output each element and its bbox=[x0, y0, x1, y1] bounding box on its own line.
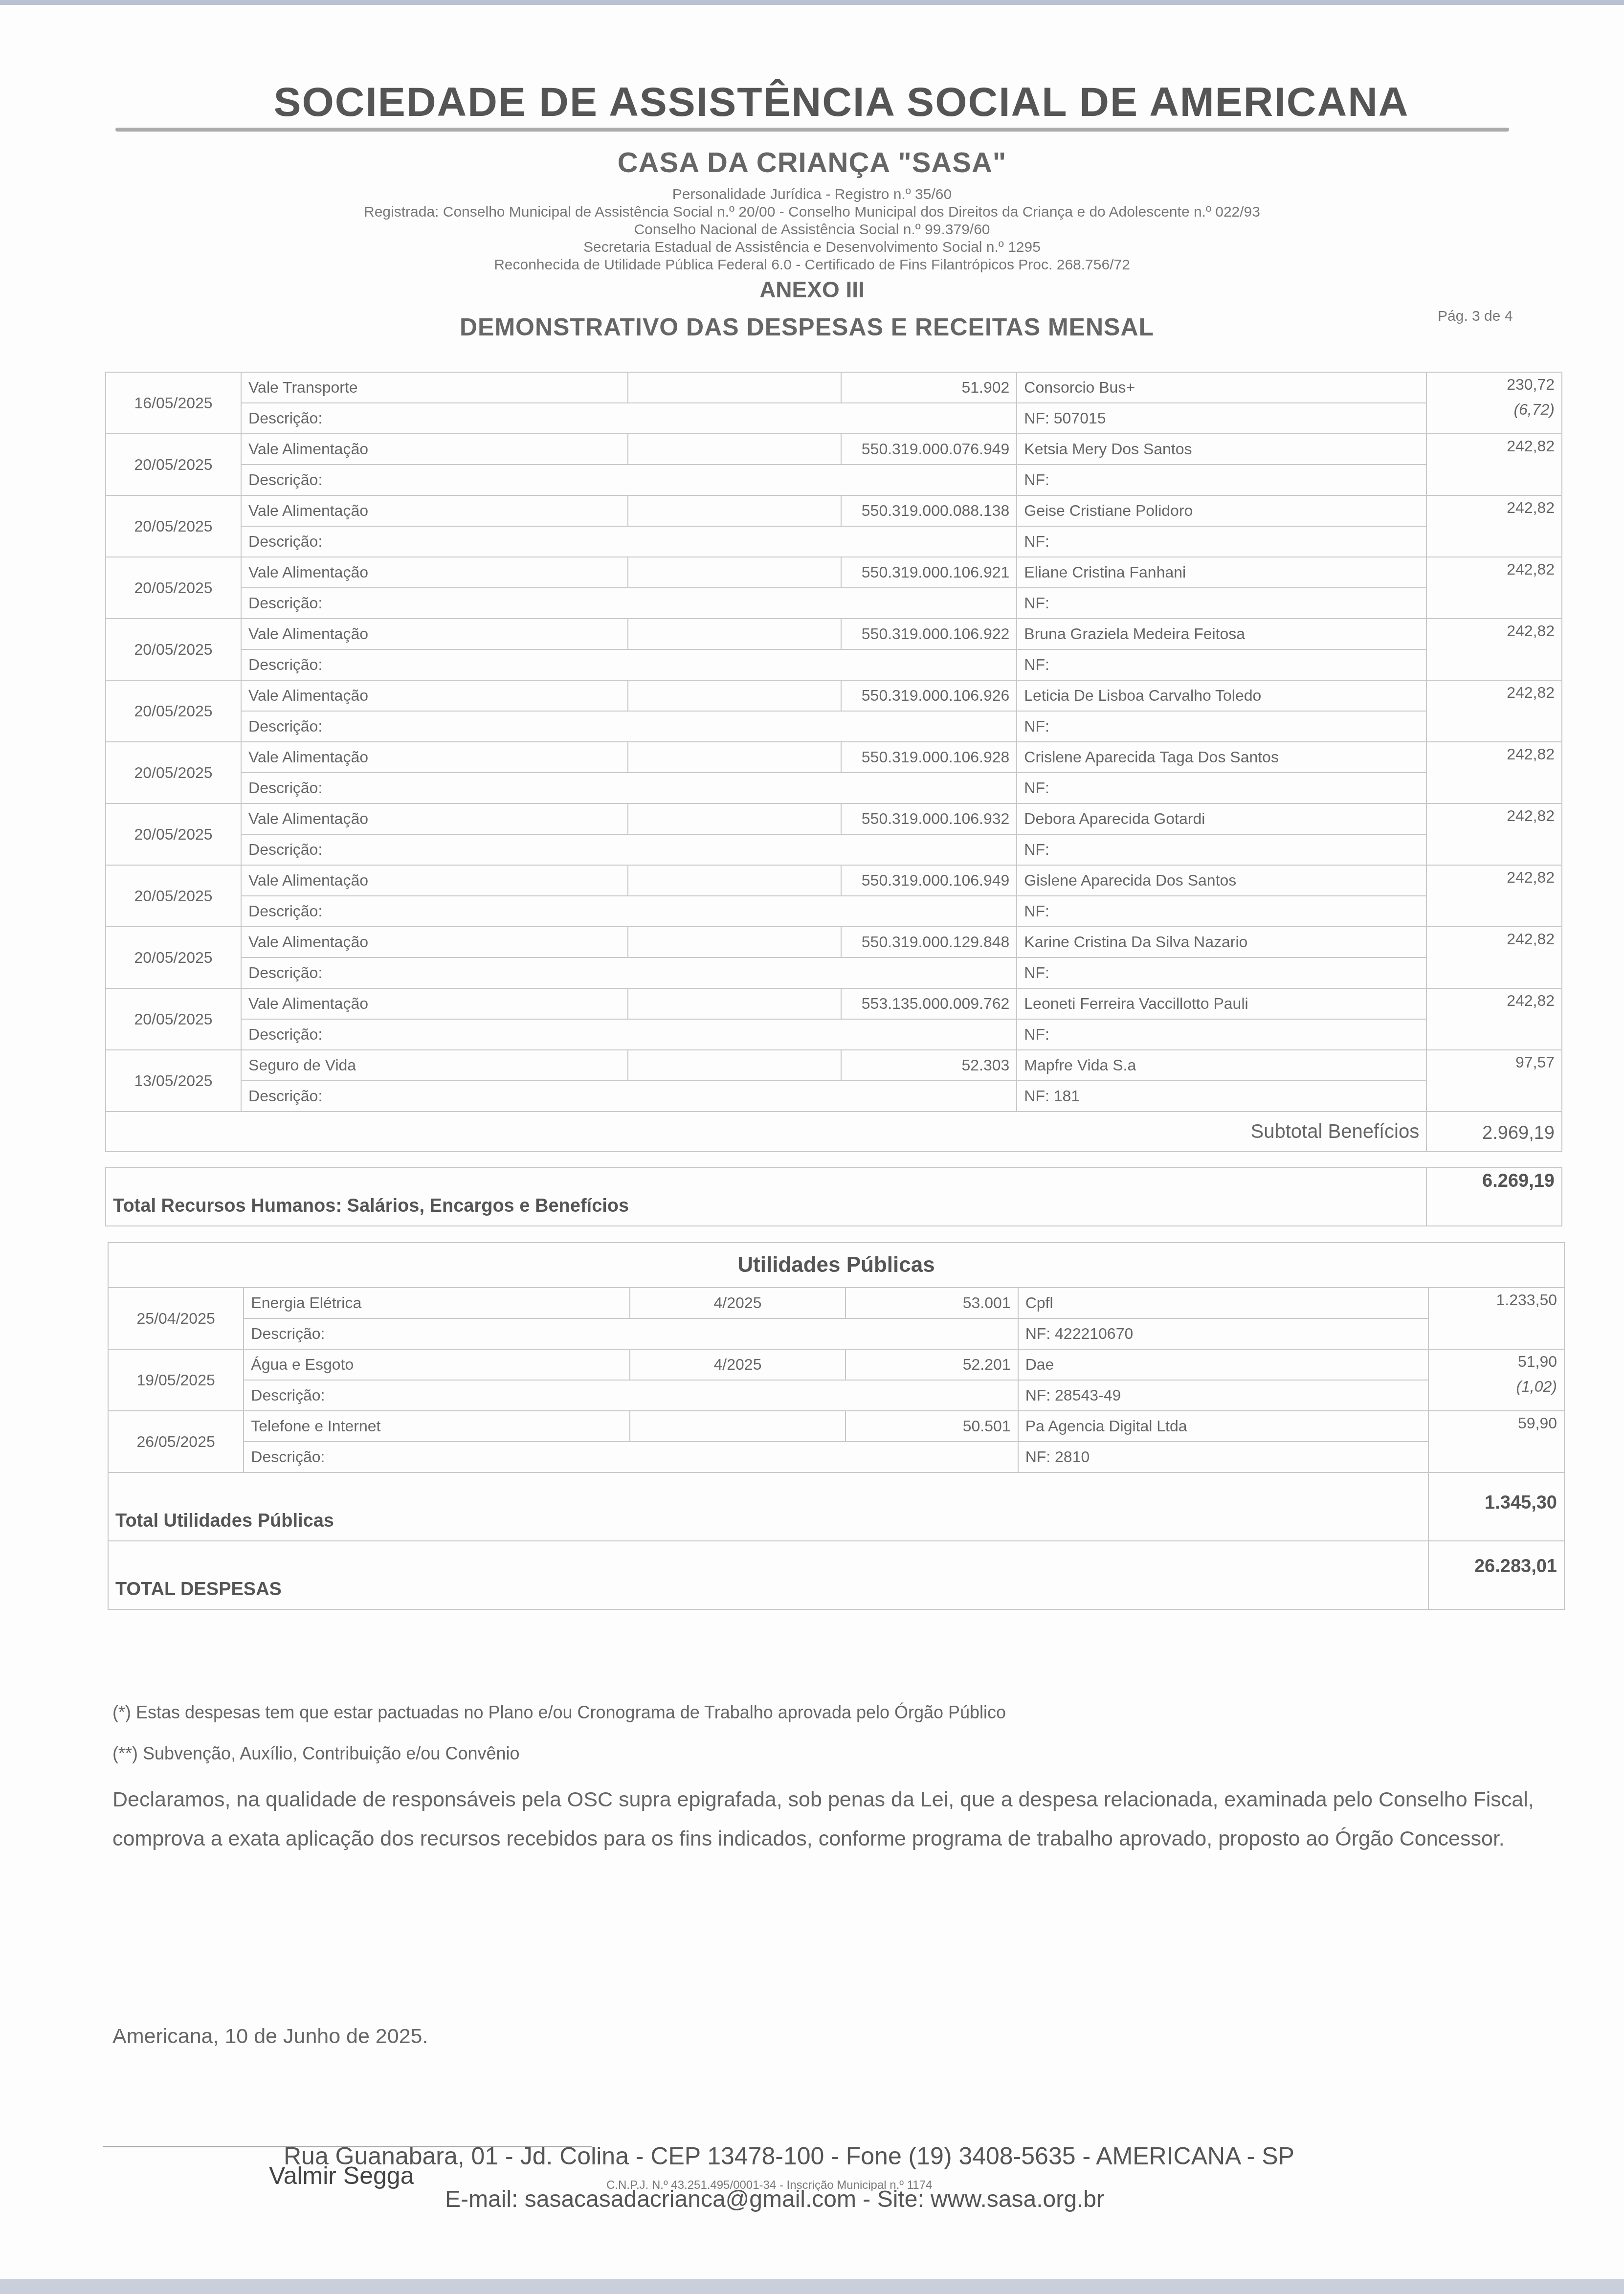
row-document-number: 52.201 bbox=[845, 1349, 1018, 1380]
table-row: 19/05/2025Água e Esgoto4/202552.201Dae51… bbox=[108, 1349, 1564, 1380]
organization-name: SOCIEDADE DE ASSISTÊNCIA SOCIAL DE AMERI… bbox=[0, 78, 1624, 126]
row-amount: 242,82 bbox=[1434, 560, 1555, 579]
spacer-row bbox=[106, 1152, 1562, 1167]
row-date: 16/05/2025 bbox=[106, 372, 241, 434]
table-row: 20/05/2025Vale Alimentação550.319.000.10… bbox=[106, 680, 1562, 711]
row-item: Vale Transporte bbox=[241, 372, 628, 403]
row-date: 13/05/2025 bbox=[106, 1050, 241, 1112]
row-item: Vale Alimentação bbox=[241, 988, 628, 1019]
row-value: 242,82 bbox=[1426, 927, 1562, 988]
utilities-total-row: Total Utilidades Públicas 1.345,30 bbox=[108, 1472, 1564, 1541]
table-row: 20/05/2025Vale Alimentação550.319.000.10… bbox=[106, 557, 1562, 588]
utilities-title: Utilidades Públicas bbox=[108, 1243, 1564, 1288]
row-date: 20/05/2025 bbox=[106, 803, 241, 865]
row-value: 242,82 bbox=[1426, 495, 1562, 557]
footnote: (**) Subvenção, Auxílio, Contribuição e/… bbox=[112, 1733, 1006, 1774]
utilities-total-value: 1.345,30 bbox=[1428, 1472, 1564, 1541]
table-row: 16/05/2025Vale Transporte51.902Consorcio… bbox=[106, 372, 1562, 403]
row-vendor: Crislene Aparecida Taga Dos Santos bbox=[1017, 742, 1426, 773]
row-document-number: 52.303 bbox=[841, 1050, 1017, 1081]
table-row-detail: Descrição:NF: bbox=[106, 588, 1562, 619]
row-date: 20/05/2025 bbox=[106, 680, 241, 742]
row-amount: 242,82 bbox=[1434, 622, 1555, 640]
row-competence bbox=[628, 557, 842, 588]
row-amount: 242,82 bbox=[1434, 437, 1555, 455]
row-competence bbox=[628, 434, 842, 465]
row-item: Vale Alimentação bbox=[241, 742, 628, 773]
row-competence bbox=[628, 927, 842, 958]
row-description-label: Descrição: bbox=[244, 1442, 1018, 1472]
row-date: 20/05/2025 bbox=[106, 495, 241, 557]
row-date: 20/05/2025 bbox=[106, 742, 241, 803]
table-row: 20/05/2025Vale Alimentação550.319.000.08… bbox=[106, 495, 1562, 526]
row-competence bbox=[628, 1050, 842, 1081]
row-invoice: NF: bbox=[1017, 773, 1426, 803]
row-amount: 59,90 bbox=[1436, 1414, 1557, 1432]
table-row: 20/05/2025Vale Alimentação550.319.000.10… bbox=[106, 865, 1562, 896]
row-invoice: NF: 422210670 bbox=[1018, 1318, 1429, 1349]
row-adjustment: (6,72) bbox=[1434, 401, 1555, 419]
row-document-number: 553.135.000.009.762 bbox=[841, 988, 1017, 1019]
table-row-detail: Descrição:NF: 507015 bbox=[106, 403, 1562, 434]
row-vendor: Karine Cristina Da Silva Nazario bbox=[1017, 927, 1426, 958]
row-item: Energia Elétrica bbox=[244, 1288, 630, 1318]
benefits-table: 16/05/2025Vale Transporte51.902Consorcio… bbox=[105, 372, 1562, 1226]
row-item: Vale Alimentação bbox=[241, 434, 628, 465]
table-row-detail: Descrição:NF: 181 bbox=[106, 1081, 1562, 1112]
row-vendor: Ketsia Mery Dos Santos bbox=[1017, 434, 1426, 465]
row-value: 242,82 bbox=[1426, 865, 1562, 927]
row-value: 242,82 bbox=[1426, 557, 1562, 619]
row-document-number: 550.319.000.106.928 bbox=[841, 742, 1017, 773]
row-competence bbox=[628, 803, 842, 834]
place-date: Americana, 10 de Junho de 2025. bbox=[112, 2025, 428, 2049]
row-amount: 242,82 bbox=[1434, 499, 1555, 517]
row-invoice: NF: bbox=[1017, 896, 1426, 927]
scan-edge bbox=[0, 2279, 1624, 2294]
table-row: 20/05/2025Vale Alimentação550.319.000.07… bbox=[106, 434, 1562, 465]
title-underline bbox=[115, 128, 1509, 132]
row-amount: 242,82 bbox=[1434, 807, 1555, 825]
table-row-detail: Descrição:NF: bbox=[106, 773, 1562, 803]
row-vendor: Leticia De Lisboa Carvalho Toledo bbox=[1017, 680, 1426, 711]
row-item: Vale Alimentação bbox=[241, 495, 628, 526]
row-item: Vale Alimentação bbox=[241, 927, 628, 958]
row-invoice: NF: bbox=[1017, 588, 1426, 619]
row-invoice: NF: 507015 bbox=[1017, 403, 1426, 434]
row-description-label: Descrição: bbox=[241, 526, 1017, 557]
row-invoice: NF: bbox=[1017, 834, 1426, 865]
table-row: 26/05/2025Telefone e Internet50.501Pa Ag… bbox=[108, 1411, 1564, 1442]
table-row-detail: Descrição:NF: bbox=[106, 465, 1562, 495]
row-value: 242,82 bbox=[1426, 680, 1562, 742]
row-invoice: NF: bbox=[1017, 958, 1426, 988]
utilities-table: Utilidades Públicas 25/04/2025Energia El… bbox=[108, 1242, 1565, 1610]
scan-edge bbox=[0, 0, 1624, 5]
table-row-detail: Descrição:NF: 2810 bbox=[108, 1442, 1564, 1472]
registration-line: Secretaria Estadual de Assistência e Des… bbox=[0, 239, 1624, 256]
row-competence: 4/2025 bbox=[630, 1288, 845, 1318]
row-document-number: 53.001 bbox=[845, 1288, 1018, 1318]
row-document-number: 550.319.000.106.926 bbox=[841, 680, 1017, 711]
row-value: 242,82 bbox=[1426, 742, 1562, 803]
table-row: 13/05/2025Seguro de Vida52.303Mapfre Vid… bbox=[106, 1050, 1562, 1081]
row-amount: 1.233,50 bbox=[1436, 1291, 1557, 1309]
row-competence bbox=[628, 680, 842, 711]
row-item: Vale Alimentação bbox=[241, 803, 628, 834]
utilities-header-row: Utilidades Públicas bbox=[108, 1243, 1564, 1288]
row-item: Vale Alimentação bbox=[241, 557, 628, 588]
subtotal-row: Subtotal Benefícios 2.969,19 bbox=[106, 1112, 1562, 1152]
table-row-detail: Descrição:NF: bbox=[106, 711, 1562, 742]
row-item: Vale Alimentação bbox=[241, 680, 628, 711]
row-amount: 242,82 bbox=[1434, 745, 1555, 763]
row-vendor: Mapfre Vida S.a bbox=[1017, 1050, 1426, 1081]
row-description-label: Descrição: bbox=[241, 773, 1017, 803]
grand-total-value: 26.283,01 bbox=[1428, 1541, 1564, 1609]
row-date: 19/05/2025 bbox=[108, 1349, 244, 1411]
row-amount: 242,82 bbox=[1434, 992, 1555, 1010]
row-value: 97,57 bbox=[1426, 1050, 1562, 1112]
table-row-detail: Descrição:NF: 422210670 bbox=[108, 1318, 1564, 1349]
row-description-label: Descrição: bbox=[241, 896, 1017, 927]
row-invoice: NF: 28543-49 bbox=[1018, 1380, 1429, 1411]
row-document-number: 550.319.000.076.949 bbox=[841, 434, 1017, 465]
row-item: Vale Alimentação bbox=[241, 619, 628, 649]
row-value: 59,90 bbox=[1428, 1411, 1564, 1472]
registration-line: Conselho Nacional de Assistência Social … bbox=[0, 221, 1624, 239]
row-competence bbox=[628, 865, 842, 896]
letterhead: SOCIEDADE DE ASSISTÊNCIA SOCIAL DE AMERI… bbox=[0, 78, 1624, 274]
row-description-label: Descrição: bbox=[241, 834, 1017, 865]
hr-total-value: 6.269,19 bbox=[1426, 1167, 1562, 1226]
row-vendor: Geise Cristiane Polidoro bbox=[1017, 495, 1426, 526]
footnote: (*) Estas despesas tem que estar pactuad… bbox=[112, 1692, 1006, 1733]
row-vendor: Dae bbox=[1018, 1349, 1429, 1380]
row-date: 20/05/2025 bbox=[106, 988, 241, 1050]
row-vendor: Bruna Graziela Medeira Feitosa bbox=[1017, 619, 1426, 649]
row-document-number: 550.319.000.106.932 bbox=[841, 803, 1017, 834]
row-description-label: Descrição: bbox=[241, 649, 1017, 680]
row-item: Água e Esgoto bbox=[244, 1349, 630, 1380]
footer-address: Rua Guanabara, 01 - Jd. Colina - CEP 134… bbox=[284, 2142, 1294, 2170]
footnotes: (*) Estas despesas tem que estar pactuad… bbox=[112, 1692, 1006, 1774]
row-competence bbox=[628, 619, 842, 649]
row-vendor: Cpfl bbox=[1018, 1288, 1429, 1318]
table-row-detail: Descrição:NF: bbox=[106, 1019, 1562, 1050]
row-document-number: 50.501 bbox=[845, 1411, 1018, 1442]
table-row: 25/04/2025Energia Elétrica4/202553.001Cp… bbox=[108, 1288, 1564, 1318]
row-description-label: Descrição: bbox=[244, 1380, 1018, 1411]
row-amount: 242,82 bbox=[1434, 930, 1555, 948]
grand-total-label: TOTAL DESPESAS bbox=[108, 1541, 1428, 1609]
row-description-label: Descrição: bbox=[241, 1081, 1017, 1112]
row-vendor: Leoneti Ferreira Vaccillotto Pauli bbox=[1017, 988, 1426, 1019]
row-amount: 242,82 bbox=[1434, 869, 1555, 887]
page-number: Pág. 3 de 4 bbox=[1438, 308, 1513, 325]
row-competence bbox=[628, 742, 842, 773]
row-invoice: NF: bbox=[1017, 465, 1426, 495]
row-document-number: 550.319.000.106.949 bbox=[841, 865, 1017, 896]
row-document-number: 550.319.000.129.848 bbox=[841, 927, 1017, 958]
row-competence bbox=[628, 372, 842, 403]
table-row-detail: Descrição:NF: bbox=[106, 834, 1562, 865]
row-description-label: Descrição: bbox=[241, 1019, 1017, 1050]
row-invoice: NF: bbox=[1017, 649, 1426, 680]
annex-label: ANEXO III bbox=[0, 276, 1624, 303]
row-date: 25/04/2025 bbox=[108, 1288, 244, 1349]
row-date: 20/05/2025 bbox=[106, 927, 241, 988]
row-value: 230,72(6,72) bbox=[1426, 372, 1562, 434]
row-item: Telefone e Internet bbox=[244, 1411, 630, 1442]
row-vendor: Gislene Aparecida Dos Santos bbox=[1017, 865, 1426, 896]
row-document-number: 550.319.000.088.138 bbox=[841, 495, 1017, 526]
row-amount: 97,57 bbox=[1434, 1053, 1555, 1071]
row-date: 20/05/2025 bbox=[106, 434, 241, 495]
table-row-detail: Descrição:NF: bbox=[106, 526, 1562, 557]
table-row: 20/05/2025Vale Alimentação553.135.000.00… bbox=[106, 988, 1562, 1019]
registration-line: Registrada: Conselho Municipal de Assist… bbox=[0, 203, 1624, 221]
subtotal-value: 2.969,19 bbox=[1426, 1112, 1562, 1152]
row-document-number: 51.902 bbox=[841, 372, 1017, 403]
row-invoice: NF: 181 bbox=[1017, 1081, 1426, 1112]
row-invoice: NF: bbox=[1017, 526, 1426, 557]
row-competence bbox=[628, 988, 842, 1019]
row-amount: 230,72 bbox=[1434, 376, 1555, 394]
table-row: 20/05/2025Vale Alimentação550.319.000.10… bbox=[106, 803, 1562, 834]
row-description-label: Descrição: bbox=[244, 1318, 1018, 1349]
row-competence: 4/2025 bbox=[630, 1349, 845, 1380]
row-document-number: 550.319.000.106.922 bbox=[841, 619, 1017, 649]
table-row-detail: Descrição:NF: bbox=[106, 958, 1562, 988]
document-page: SOCIEDADE DE ASSISTÊNCIA SOCIAL DE AMERI… bbox=[0, 0, 1624, 2294]
row-description-label: Descrição: bbox=[241, 588, 1017, 619]
row-invoice: NF: bbox=[1017, 1019, 1426, 1050]
row-description-label: Descrição: bbox=[241, 711, 1017, 742]
table-row-detail: Descrição:NF: 28543-49 bbox=[108, 1380, 1564, 1411]
row-document-number: 550.319.000.106.921 bbox=[841, 557, 1017, 588]
row-competence bbox=[630, 1411, 845, 1442]
row-description-label: Descrição: bbox=[241, 465, 1017, 495]
row-adjustment: (1,02) bbox=[1436, 1378, 1557, 1396]
row-invoice: NF: bbox=[1017, 711, 1426, 742]
row-amount: 51,90 bbox=[1436, 1353, 1557, 1371]
registration-lines: Personalidade Jurídica - Registro n.º 35… bbox=[0, 186, 1624, 274]
row-vendor: Pa Agencia Digital Ltda bbox=[1018, 1411, 1429, 1442]
row-vendor: Consorcio Bus+ bbox=[1017, 372, 1426, 403]
table-row: 20/05/2025Vale Alimentação550.319.000.10… bbox=[106, 619, 1562, 649]
row-invoice: NF: 2810 bbox=[1018, 1442, 1429, 1472]
row-description-label: Descrição: bbox=[241, 958, 1017, 988]
registration-line: Reconhecida de Utilidade Pública Federal… bbox=[0, 256, 1624, 274]
declaration-paragraph: Declaramos, na qualidade de responsáveis… bbox=[112, 1780, 1570, 1858]
row-vendor: Debora Aparecida Gotardi bbox=[1017, 803, 1426, 834]
row-date: 20/05/2025 bbox=[106, 619, 241, 680]
row-date: 20/05/2025 bbox=[106, 865, 241, 927]
row-item: Vale Alimentação bbox=[241, 865, 628, 896]
row-value: 242,82 bbox=[1426, 434, 1562, 495]
table-row: 20/05/2025Vale Alimentação550.319.000.12… bbox=[106, 927, 1562, 958]
row-amount: 242,82 bbox=[1434, 684, 1555, 702]
row-value: 242,82 bbox=[1426, 988, 1562, 1050]
row-item: Seguro de Vida bbox=[241, 1050, 628, 1081]
row-value: 51,90(1,02) bbox=[1428, 1349, 1564, 1411]
hr-total-label: Total Recursos Humanos: Salários, Encarg… bbox=[106, 1167, 1426, 1226]
table-row: 20/05/2025Vale Alimentação550.319.000.10… bbox=[106, 742, 1562, 773]
row-value: 242,82 bbox=[1426, 619, 1562, 680]
row-description-label: Descrição: bbox=[241, 403, 1017, 434]
registration-line: Personalidade Jurídica - Registro n.º 35… bbox=[0, 186, 1624, 203]
subtotal-label: Subtotal Benefícios bbox=[106, 1112, 1426, 1152]
table-row-detail: Descrição:NF: bbox=[106, 896, 1562, 927]
grand-total-row: TOTAL DESPESAS 26.283,01 bbox=[108, 1541, 1564, 1609]
row-date: 26/05/2025 bbox=[108, 1411, 244, 1472]
row-vendor: Eliane Cristina Fanhani bbox=[1017, 557, 1426, 588]
hr-total-row: Total Recursos Humanos: Salários, Encarg… bbox=[106, 1167, 1562, 1226]
row-value: 1.233,50 bbox=[1428, 1288, 1564, 1349]
row-value: 242,82 bbox=[1426, 803, 1562, 865]
table-row-detail: Descrição:NF: bbox=[106, 649, 1562, 680]
document-title: DEMONSTRATIVO DAS DESPESAS E RECEITAS ME… bbox=[460, 313, 1154, 341]
utilities-total-label: Total Utilidades Públicas bbox=[108, 1472, 1428, 1541]
row-date: 20/05/2025 bbox=[106, 557, 241, 619]
organization-subname: CASA DA CRIANÇA "SASA" bbox=[0, 146, 1624, 179]
footer-contact: E-mail: sasacasadacrianca@gmail.com - Si… bbox=[445, 2186, 1104, 2213]
row-competence bbox=[628, 495, 842, 526]
